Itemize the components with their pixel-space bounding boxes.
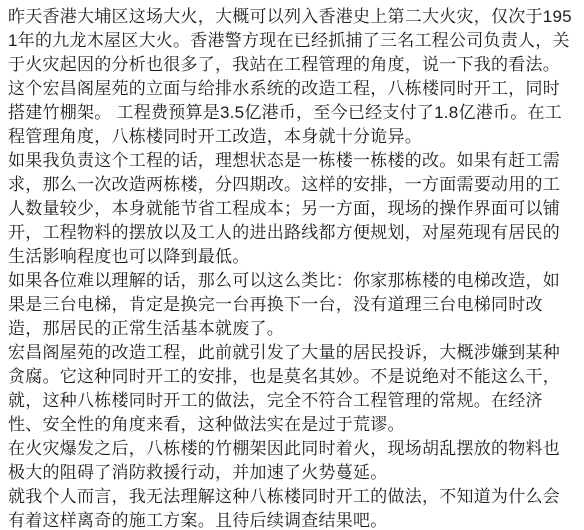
article-body: 昨天香港大埔区这场大火，大概可以列入香港史上第二大火灾，仅次于1951年的九龙木… xyxy=(0,0,584,530)
paragraph-intro-fire: 昨天香港大埔区这场大火，大概可以列入香港史上第二大火灾，仅次于1951年的九龙木… xyxy=(8,5,576,77)
paragraph-fire-spread: 在火灾爆发之后，八栋楼的竹棚架因此同时着火，现场胡乱摆放的物料也极大的阻碍了消防… xyxy=(8,437,576,485)
paragraph-ideal-plan: 如果我负责这个工程的话，理想状态是一栋楼一栋楼的改。如果有赶工需求，那么一次改造… xyxy=(8,149,576,269)
paragraph-elevator-analogy: 如果各位难以理解的话，那么可以这么类比：你家那栋楼的电梯改造，如果是三台电梯，肯… xyxy=(8,269,576,341)
paragraph-complaints: 宏昌阁屋苑的改造工程，此前就引发了大量的居民投诉，大概涉嫌到某种贪腐。它这种同时… xyxy=(8,341,576,437)
paragraph-project-overview: 这个宏昌阁屋苑的立面与给排水系统的改造工程，八栋楼同时开工，同时搭建竹棚架。 工… xyxy=(8,77,576,149)
paragraph-conclusion: 就我个人而言，我无法理解这种八栋楼同时开工的做法，不知道为什么会有着这样离奇的施… xyxy=(8,485,576,530)
